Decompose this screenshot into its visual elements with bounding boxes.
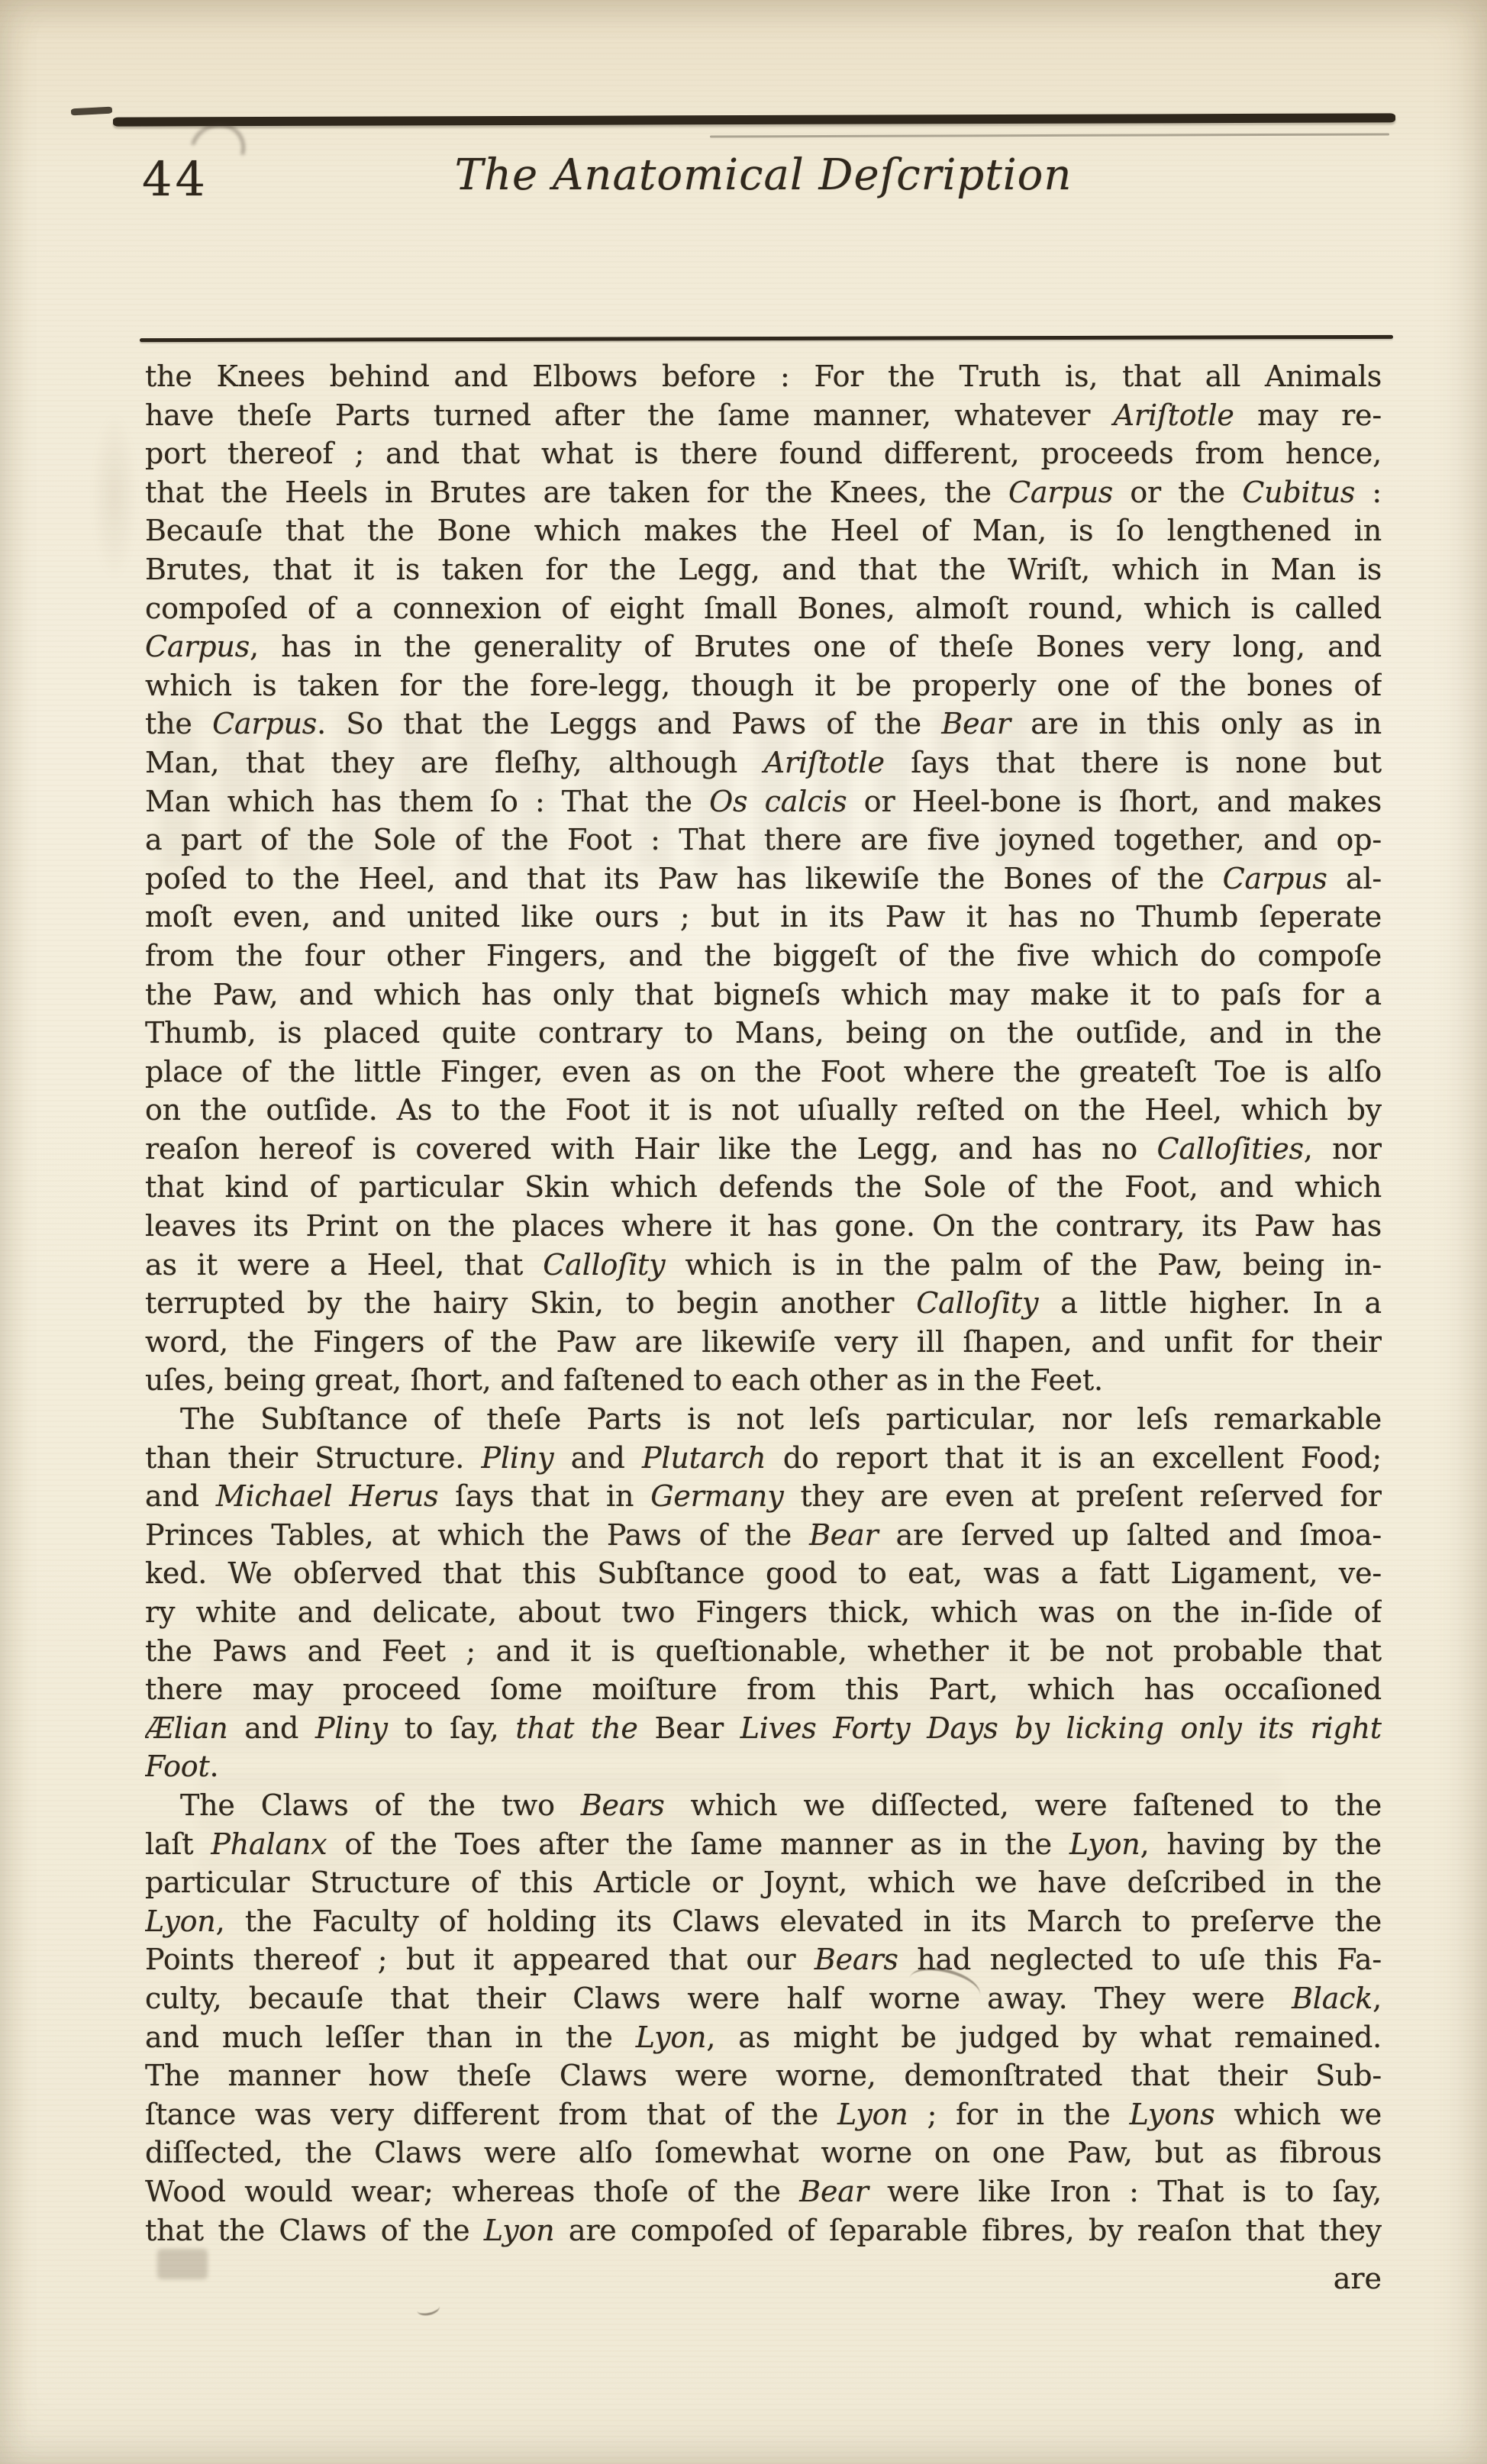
roman-text: which we bbox=[1214, 2098, 1382, 2131]
roman-text: Thumb, is placed quite contrary to Mans,… bbox=[145, 1016, 1382, 1050]
top-rule-left-dash bbox=[71, 107, 112, 116]
running-title: The Anatomical Deſcription bbox=[145, 154, 1382, 197]
roman-text: , having by the bbox=[1140, 1827, 1382, 1861]
roman-text: terrupted by the hairy Skin, to begin an… bbox=[145, 1286, 916, 1320]
roman-text: Becauſe that the Bone which makes the He… bbox=[145, 514, 1382, 547]
italic-text: Bear bbox=[941, 707, 1010, 740]
text-line: that kind of particular Skin which defen… bbox=[145, 1168, 1382, 1207]
roman-text: have theſe Parts turned after the ſame m… bbox=[145, 398, 1114, 432]
italic-text: Lyon bbox=[484, 2214, 555, 2247]
text-line: Man which has them ſo : That the Os calc… bbox=[145, 782, 1382, 821]
header-rule bbox=[140, 335, 1393, 342]
roman-text: Man which has them ſo : That the bbox=[145, 785, 709, 818]
italic-text: Bear bbox=[809, 1518, 878, 1552]
roman-text: the Paws and Feet ; and it is queſtionab… bbox=[145, 1634, 1382, 1668]
roman-text: poſed to the Heel, and that its Paw has … bbox=[145, 862, 1223, 895]
text-line: compoſed of a connexion of eight ſmall B… bbox=[145, 589, 1382, 628]
italic-text: Carpus bbox=[1008, 476, 1113, 509]
text-line: Foot. bbox=[145, 1747, 1382, 1786]
roman-text: do report that it is an excellent Food; bbox=[766, 1441, 1382, 1475]
italic-text: Lyon bbox=[1069, 1827, 1140, 1861]
roman-text: , the Faculty of holding its Claws eleva… bbox=[216, 1904, 1382, 1938]
text-line: that the Heels in Brutes are taken for t… bbox=[145, 473, 1382, 512]
roman-text: or the bbox=[1113, 476, 1242, 509]
roman-text: may re- bbox=[1234, 398, 1382, 432]
roman-text: ſays that there is none but bbox=[885, 746, 1382, 779]
book-page-scan: 44 The Anatomical Deſcription the Knees … bbox=[0, 0, 1487, 2464]
italic-text: Cubitus bbox=[1242, 476, 1355, 509]
text-line: the Carpus. So that the Leggs and Paws o… bbox=[145, 705, 1382, 743]
roman-text: as it were a Heel, that bbox=[145, 1248, 543, 1282]
text-line: The Subſtance of theſe Parts is not leſs… bbox=[145, 1400, 1382, 1439]
roman-text: ry white and delicate, about two Fingers… bbox=[145, 1595, 1382, 1629]
italic-text: Germany bbox=[650, 1479, 783, 1513]
roman-text: or Heel-bone is ſhort, and makes bbox=[847, 785, 1382, 818]
roman-text: culty, becauſe that their Claws were hal… bbox=[145, 1982, 1292, 2015]
text-line: place of the little Finger, even as on t… bbox=[145, 1053, 1382, 1092]
roman-text: Wood would wear; whereas thoſe of the bbox=[145, 2175, 799, 2208]
roman-text: : bbox=[1355, 476, 1382, 509]
roman-text: The manner how theſe Claws were worne, d… bbox=[145, 2059, 1382, 2092]
catchword: are bbox=[145, 2264, 1382, 2293]
roman-text: ſays that in bbox=[438, 1479, 650, 1513]
roman-text: , has in the generality of Brutes one of… bbox=[250, 630, 1382, 663]
roman-text: there may proceed ſome moiſture from thi… bbox=[145, 1672, 1382, 1706]
italic-text: Os calcis bbox=[709, 785, 847, 818]
text-line: from the four other Fingers, and the big… bbox=[145, 937, 1382, 976]
roman-text: particular Structure of this Article or … bbox=[145, 1866, 1382, 1899]
roman-text: ſtance was very different from that of t… bbox=[145, 2098, 837, 2131]
italic-text: Black bbox=[1292, 1982, 1372, 2015]
roman-text: the bbox=[145, 707, 212, 740]
roman-text: compoſed of a connexion of eight ſmall B… bbox=[145, 592, 1382, 625]
text-line: Ælian and Pliny to ſay, that the Bear Li… bbox=[145, 1709, 1382, 1748]
roman-text: to ſay, bbox=[388, 1711, 516, 1745]
roman-text: they are even at preſent reſerved for bbox=[783, 1479, 1382, 1513]
text-line: poſed to the Heel, and that its Paw has … bbox=[145, 859, 1382, 898]
italic-text: Plutarch bbox=[642, 1441, 766, 1475]
roman-text: ; for in the bbox=[908, 2098, 1130, 2131]
italic-text: Carpus bbox=[212, 707, 317, 740]
text-line: uſes, being great, ſhort, and faſtened t… bbox=[145, 1361, 1382, 1400]
roman-text: which is taken for the fore-legg, though… bbox=[145, 669, 1382, 702]
roman-text: , nor bbox=[1304, 1132, 1382, 1166]
text-line: Carpus, has in the generality of Brutes … bbox=[145, 627, 1382, 666]
roman-text: which is in the palm of the Paw, being i… bbox=[665, 1248, 1382, 1282]
roman-text: word, the Fingers of the Paw are likewiſ… bbox=[145, 1325, 1382, 1359]
text-line: diſſected, the Claws were alſo ſomewhat … bbox=[145, 2133, 1382, 2172]
text-line: which is taken for the fore-legg, though… bbox=[145, 666, 1382, 705]
roman-text: Bear bbox=[638, 1711, 740, 1745]
roman-text: were like Iron : That is to ſay, bbox=[869, 2175, 1382, 2208]
roman-text: , bbox=[1372, 1982, 1382, 2015]
roman-text: Man, that they are fleſhy, although bbox=[145, 746, 764, 779]
roman-text: and bbox=[553, 1441, 642, 1475]
roman-text: laſt bbox=[145, 1827, 211, 1861]
text-line: leaves its Print on the places where it … bbox=[145, 1207, 1382, 1246]
italic-text: Bears bbox=[581, 1788, 665, 1822]
text-line: the Paw, and which has only that bigneſs… bbox=[145, 976, 1382, 1014]
italic-text: Ariſtotle bbox=[1114, 398, 1234, 432]
roman-text: leaves its Print on the places where it … bbox=[145, 1209, 1382, 1243]
text-line: Points thereof ; but it appeared that ou… bbox=[145, 1940, 1382, 1979]
roman-text: of the Toes after the ſame manner as in … bbox=[327, 1827, 1069, 1861]
roman-text: the Knees behind and Elbows before : For… bbox=[145, 360, 1382, 393]
italic-text: Ariſtotle bbox=[764, 746, 885, 779]
text-line: Lyon, the Faculty of holding its Claws e… bbox=[145, 1902, 1382, 1941]
text-line: the Paws and Feet ; and it is queſtionab… bbox=[145, 1632, 1382, 1671]
roman-text: from the four other Fingers, and the big… bbox=[145, 939, 1382, 972]
paragraph: the Knees behind and Elbows before : For… bbox=[145, 357, 1382, 1400]
italic-text: Michael Herus bbox=[216, 1479, 438, 1513]
text-line: laſt Phalanx of the Toes after the ſame … bbox=[145, 1825, 1382, 1864]
text-line: The manner how theſe Claws were worne, d… bbox=[145, 2056, 1382, 2095]
ink-fleck bbox=[416, 2300, 441, 2317]
roman-text: Brutes, that it is taken for the Legg, a… bbox=[145, 553, 1382, 586]
roman-text: that kind of particular Skin which defen… bbox=[145, 1170, 1382, 1204]
italic-text: Calloſity bbox=[543, 1248, 665, 1282]
roman-text: are ſerved up ſalted and ſmoa- bbox=[879, 1518, 1382, 1552]
text-line: have theſe Parts turned after the ſame m… bbox=[145, 396, 1382, 435]
italic-text: Carpus bbox=[1223, 862, 1327, 895]
italic-text: Lyon bbox=[837, 2098, 908, 2131]
roman-text: a part of the Sole of the Foot : That th… bbox=[145, 823, 1382, 856]
top-rule bbox=[113, 113, 1395, 126]
roman-text: . bbox=[210, 1750, 219, 1783]
roman-text: The Claws of the two bbox=[180, 1788, 581, 1822]
italic-text: Foot bbox=[145, 1750, 210, 1783]
text-line: Becauſe that the Bone which makes the He… bbox=[145, 511, 1382, 550]
roman-text: a little higher. In a bbox=[1038, 1286, 1382, 1320]
text-line: and much leſſer than in the Lyon, as mig… bbox=[145, 2018, 1382, 2057]
text-line: ry white and delicate, about two Fingers… bbox=[145, 1593, 1382, 1632]
roman-text: and bbox=[145, 1479, 216, 1513]
roman-text: uſes, being great, ſhort, and faſtened t… bbox=[145, 1363, 1103, 1397]
italic-text: Pliny bbox=[315, 1711, 388, 1745]
italic-text: Lyon bbox=[145, 1904, 216, 1938]
italic-text: Pliny bbox=[482, 1441, 554, 1475]
italic-text: Calloſity bbox=[916, 1286, 1038, 1320]
paragraph: The Claws of the two Bears which we diſſ… bbox=[145, 1786, 1382, 2250]
roman-text: Princes Tables, at which the Paws of the bbox=[145, 1518, 809, 1552]
roman-text: moſt even, and united like ours ; but in… bbox=[145, 900, 1382, 934]
roman-text: and bbox=[227, 1711, 314, 1745]
text-line: port thereof ; and that what is there fo… bbox=[145, 434, 1382, 473]
text-line: Thumb, is placed quite contrary to Mans,… bbox=[145, 1014, 1382, 1053]
roman-text: are compoſed of ſeparable fibres, by rea… bbox=[554, 2214, 1382, 2247]
text-line: reaſon hereof is covered with Hair like … bbox=[145, 1130, 1382, 1169]
roman-text: . So that the Leggs and Paws of the bbox=[317, 707, 941, 740]
text-line: and Michael Herus ſays that in Germany t… bbox=[145, 1477, 1382, 1516]
text-line: the Knees behind and Elbows before : For… bbox=[145, 357, 1382, 396]
italic-text: Lyons bbox=[1130, 2098, 1215, 2131]
italic-text: Lyon bbox=[636, 2021, 707, 2054]
roman-text: which we diſſected, were faſtened to the bbox=[665, 1788, 1382, 1822]
text-line: terrupted by the hairy Skin, to begin an… bbox=[145, 1284, 1382, 1323]
text-line: word, the Fingers of the Paw are likewiſ… bbox=[145, 1323, 1382, 1362]
roman-text: the Paw, and which has only that bigneſs… bbox=[145, 978, 1382, 1011]
roman-text: Points thereof ; but it appeared that ou… bbox=[145, 1943, 814, 1976]
roman-text: The Subſtance of theſe Parts is not leſs… bbox=[180, 1402, 1382, 1436]
text-line: ſtance was very different from that of t… bbox=[145, 2095, 1382, 2134]
text-line: than their Structure. Pliny and Plutarch… bbox=[145, 1439, 1382, 1478]
roman-text: that the Heels in Brutes are taken for t… bbox=[145, 476, 1008, 509]
roman-text: place of the little Finger, even as on t… bbox=[145, 1055, 1382, 1088]
text-line: culty, becauſe that their Claws were hal… bbox=[145, 1979, 1382, 2018]
italic-text: Carpus bbox=[145, 630, 250, 663]
text-line: a part of the Sole of the Foot : That th… bbox=[145, 821, 1382, 859]
italic-text: Bears bbox=[814, 1943, 898, 1976]
text-line: there may proceed ſome moiſture from thi… bbox=[145, 1670, 1382, 1709]
text-line: Wood would wear; whereas thoſe of the Be… bbox=[145, 2172, 1382, 2211]
roman-text: reaſon hereof is covered with Hair like … bbox=[145, 1132, 1156, 1166]
text-line: Man, that they are fleſhy, although Ariſ… bbox=[145, 743, 1382, 782]
roman-text: diſſected, the Claws were alſo ſomewhat … bbox=[145, 2136, 1382, 2169]
paper-stain bbox=[92, 412, 137, 580]
roman-text: , as might be judged by what remained. bbox=[706, 2021, 1382, 2054]
top-rule-echo bbox=[710, 133, 1389, 137]
italic-text: that the bbox=[515, 1711, 637, 1745]
text-line: on the outſide. As to the Foot it is not… bbox=[145, 1091, 1382, 1130]
italic-text: Ælian bbox=[145, 1711, 227, 1745]
body-text: the Knees behind and Elbows before : For… bbox=[145, 357, 1382, 2250]
italic-text: Calloſities bbox=[1156, 1132, 1303, 1166]
roman-text: port thereof ; and that what is there fo… bbox=[145, 437, 1382, 470]
italic-text: Bear bbox=[799, 2175, 868, 2208]
paragraph: The Subſtance of theſe Parts is not leſs… bbox=[145, 1400, 1382, 1786]
text-line: as it were a Heel, that Calloſity which … bbox=[145, 1246, 1382, 1285]
roman-text: had neglected to uſe this Fa- bbox=[898, 1943, 1382, 1976]
roman-text: on the outſide. As to the Foot it is not… bbox=[145, 1093, 1382, 1127]
roman-text: and much leſſer than in the bbox=[145, 2021, 636, 2054]
text-line: The Claws of the two Bears which we diſſ… bbox=[145, 1786, 1382, 1825]
italic-text: Phalanx bbox=[211, 1827, 327, 1861]
roman-text: al- bbox=[1327, 862, 1382, 895]
roman-text: than their Structure. bbox=[145, 1441, 482, 1475]
text-line: moſt even, and united like ours ; but in… bbox=[145, 898, 1382, 937]
italic-text: Lives Forty Days by licking only its rig… bbox=[740, 1711, 1382, 1745]
text-line: that the Claws of the Lyon are compoſed … bbox=[145, 2211, 1382, 2250]
roman-text: that the Claws of the bbox=[145, 2214, 484, 2247]
text-line: Princes Tables, at which the Paws of the… bbox=[145, 1516, 1382, 1555]
roman-text: are in this only as in bbox=[1011, 707, 1382, 740]
text-line: Brutes, that it is taken for the Legg, a… bbox=[145, 550, 1382, 589]
roman-text: ked. We obſerved that this Subſtance goo… bbox=[145, 1556, 1382, 1590]
text-line: ked. We obſerved that this Subſtance goo… bbox=[145, 1554, 1382, 1593]
text-line: particular Structure of this Article or … bbox=[145, 1863, 1382, 1902]
